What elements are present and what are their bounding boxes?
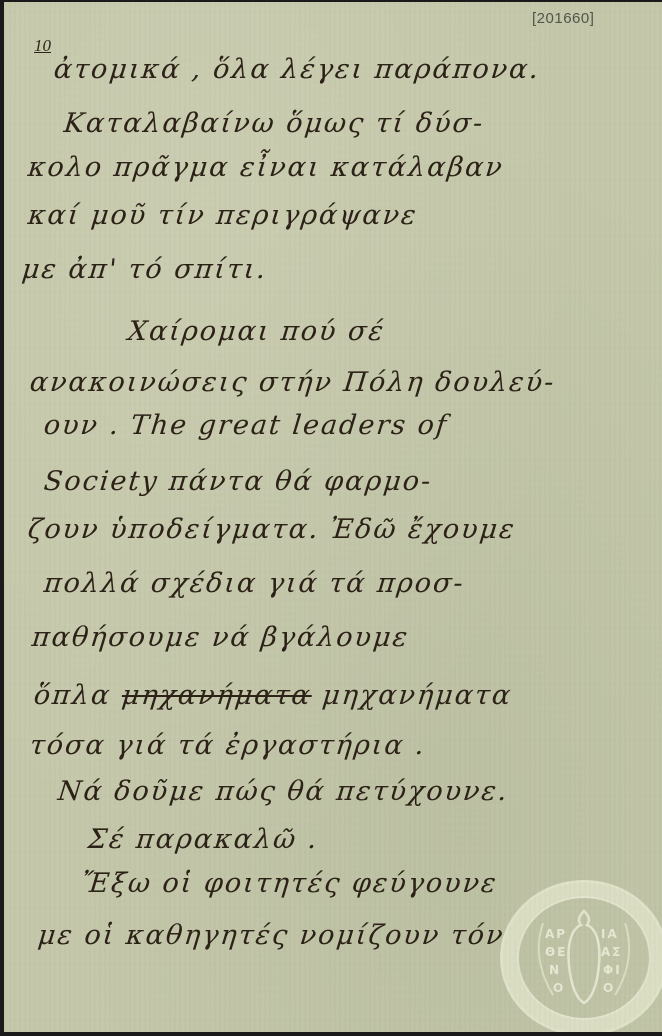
text-line: Σέ παρακαλῶ . — [86, 824, 320, 855]
seal-letters: Ο — [553, 981, 565, 995]
text-line: με ἀπ' τό σπίτι. — [20, 254, 269, 285]
text-line: ουν . The great leaders of — [42, 410, 449, 441]
text-line: Χαίρομαι πού σέ — [126, 316, 386, 347]
text-line: ἀτομικά , ὅλα λέγει παράπονα. — [52, 54, 541, 85]
page-number: 10 — [34, 36, 51, 56]
text-line: Νά δοῦμε πώς θά πετύχουνε. — [56, 776, 510, 807]
text-line-with-correction: ὅπλα μηχανήματα μηχανήματα — [32, 680, 514, 711]
seal-letters: Ν — [549, 963, 561, 977]
seal-letters: ΑΣ — [601, 945, 622, 959]
text-segment: ὅπλα — [32, 680, 123, 711]
text-line: ανακοινώσεις στήν Πόλη δουλεύ- — [28, 367, 557, 398]
text-line: πολλά σχέδια γιά τά προσ- — [42, 568, 466, 599]
text-line: κολο πρᾶγμα εἶναι κατάλαβαν — [26, 152, 505, 183]
text-line: τόσα γιά τά ἐργαστήρια . — [28, 730, 427, 761]
seal-letters: ΑΡ — [545, 927, 567, 941]
text-line: με οἱ καθηγητές νομίζουν τόν — [36, 920, 506, 951]
struck-word: μηχανήματα — [120, 680, 313, 711]
seal-letters: ΦΙ — [603, 963, 622, 977]
institution-seal-watermark: ΑΡ ΙΑ ΘΕ ΑΣ Ν ΦΙ Ο Ο — [500, 880, 662, 1032]
text-segment: μηχανήματα — [310, 680, 514, 711]
text-line: καί μοῦ τίν περιγράψανε — [26, 200, 419, 231]
seal-letters: Ο — [603, 981, 615, 995]
text-line: Society πάντα θά φαρμο- — [42, 466, 434, 497]
letter-page: [201660] 10 ἀτομικά , ὅλα λέγει παράπονα… — [4, 2, 662, 1032]
seal-emblem-icon — [503, 883, 662, 1032]
text-line: ζουν ὑποδείγματα. Ἐδῶ ἔχουμε — [26, 514, 517, 545]
archive-reference-number: [201660] — [532, 10, 594, 27]
text-line: παθήσουμε νά βγάλουμε — [30, 622, 410, 653]
text-line: Ἔξω οἱ φοιτητές φεύγουνε — [80, 868, 499, 899]
seal-letters: ΘΕ — [545, 945, 567, 959]
seal-letters: ΙΑ — [601, 927, 619, 941]
text-line: Καταλαβαίνω ὅμως τί δύσ- — [62, 108, 485, 139]
